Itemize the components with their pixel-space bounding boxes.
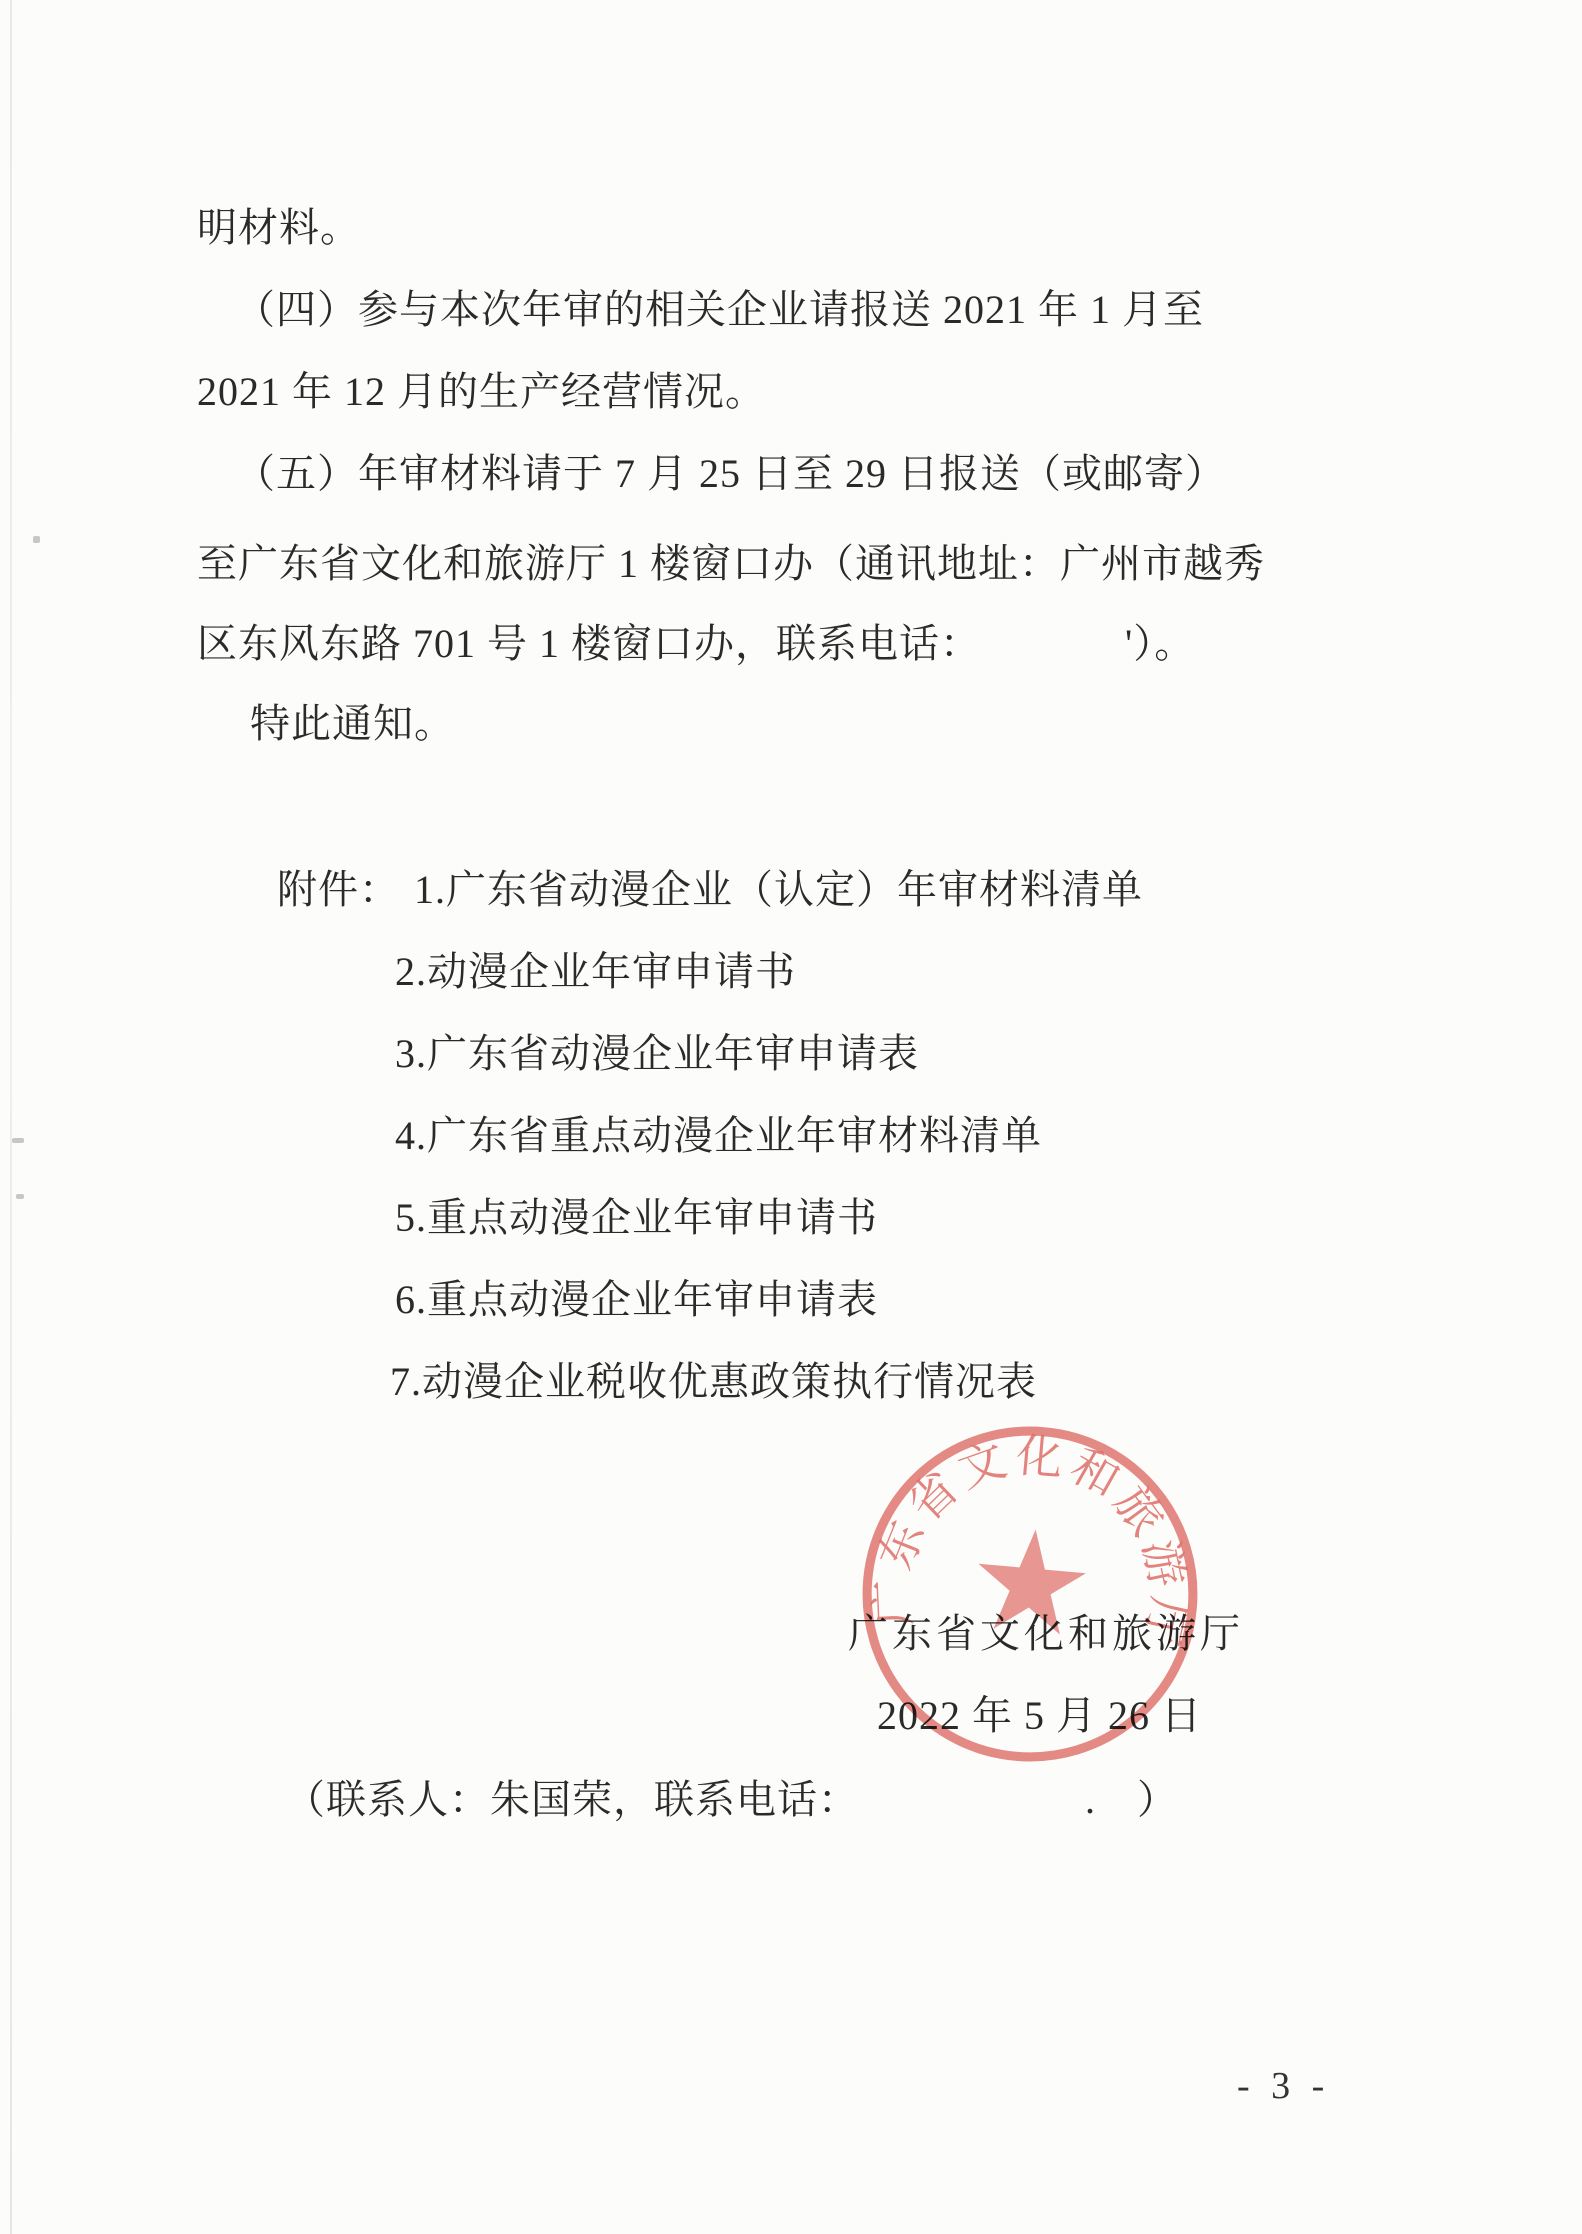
attachments-line: 附件：1.广东省动漫企业（认定）年审材料清单 [277, 866, 1143, 914]
attachment-item: 3.广东省动漫企业年审申请表 [395, 1030, 919, 1078]
attachment-item: 1.广东省动漫企业（认定）年审材料清单 [414, 867, 1143, 912]
scan-artifact [12, 1138, 24, 1143]
attachment-item: 5.重点动漫企业年审申请书 [395, 1194, 878, 1242]
page-number: - 3 - [1237, 2062, 1330, 2110]
attachments-label: 附件： [277, 867, 400, 912]
body-line: 特此通知。 [250, 700, 455, 748]
document-page: 明材料。 （四）参与本次年审的相关企业请报送 2021 年 1 月至 2021 … [0, 0, 1582, 2234]
scan-artifact [16, 1194, 24, 1199]
scan-edge-line [10, 0, 12, 2234]
official-seal: 广东省文化和旅游厅 [844, 1408, 1217, 1781]
body-line: 明材料。 [197, 204, 361, 252]
attachment-item: 6.重点动漫企业年审申请表 [395, 1276, 878, 1324]
body-line: （四）参与本次年审的相关企业请报送 2021 年 1 月至 [235, 286, 1204, 334]
contact-line: （联系人：朱国荣，联系电话： . ） [285, 1776, 1178, 1824]
attachment-item: 7.动漫企业税收优惠政策执行情况表 [390, 1358, 1037, 1406]
body-line: 区东风东路 701 号 1 楼窗口办，联系电话： '）。 [197, 620, 1195, 668]
attachment-item: 2.动漫企业年审申请书 [395, 948, 796, 996]
body-line: 2021 年 12 月的生产经营情况。 [197, 368, 766, 416]
body-line: （五）年审材料请于 7 月 25 日至 29 日报送（或邮寄） [235, 450, 1226, 498]
body-line: 至广东省文化和旅游厅 1 楼窗口办（通讯地址：广州市越秀 [197, 540, 1265, 588]
star-icon [973, 1525, 1089, 1637]
attachment-item: 4.广东省重点动漫企业年审材料清单 [395, 1112, 1042, 1160]
scan-artifact [33, 536, 40, 543]
